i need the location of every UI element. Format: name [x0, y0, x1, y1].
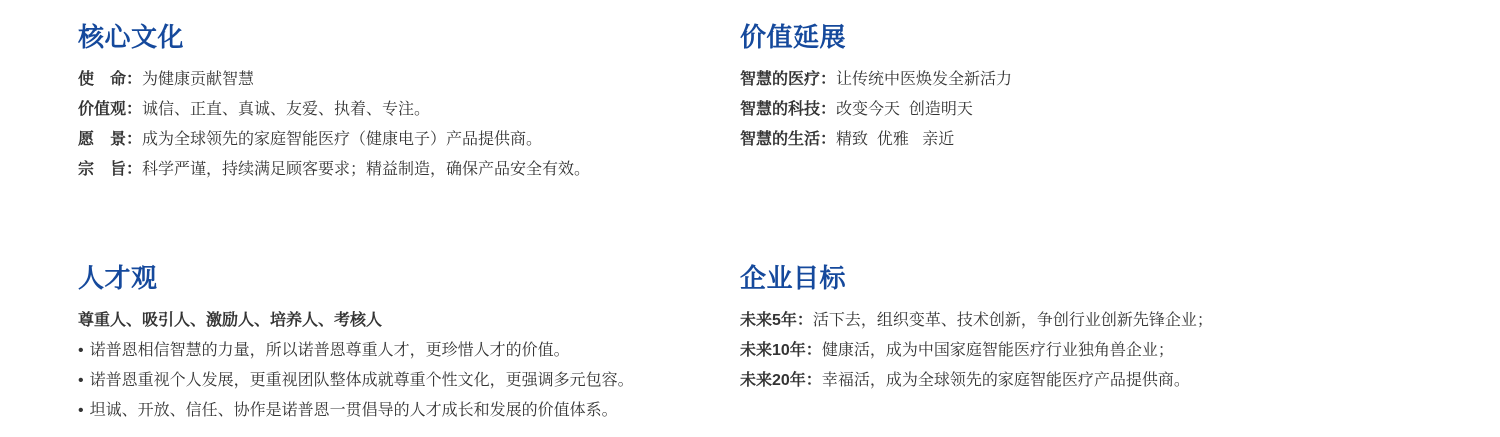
talent-bullet-2: •诺普恩重视个人发展，更重视团队整体成就尊重个性文化，更强调多元包容。 — [78, 366, 740, 396]
core-culture-tenet-line: 宗 旨：科学严谨，持续满足顾客要求；精益制造，确保产品安全有效。 — [78, 155, 740, 185]
smart-life-text: 精致 优雅 亲近 — [836, 131, 954, 148]
value-extension-title: 价值延展 — [740, 22, 1500, 52]
company-culture-page: 核心文化 使 命：为健康贡献智慧 价值观：诚信、正直、真诚、友爱、执着、专注。 … — [0, 0, 1500, 426]
core-culture-title: 核心文化 — [78, 22, 740, 52]
smart-medical-label: 智慧的医疗： — [740, 71, 836, 88]
bullet-icon: • — [78, 336, 84, 366]
talent-view-title: 人才观 — [78, 263, 740, 293]
smart-tech-text: 改变今天 创造明天 — [836, 101, 973, 118]
smart-tech-line: 智慧的科技：改变今天 创造明天 — [740, 95, 1500, 125]
talent-bullet-1: •诺普恩相信智慧的力量，所以诺普恩尊重人才，更珍惜人才的价值。 — [78, 336, 740, 366]
talent-view-headline: 尊重人、吸引人、激励人、培养人、考核人 — [78, 306, 740, 336]
talent-bullet-3: •坦诚、开放、信任、协作是诺普恩一贯倡导的人才成长和发展的价值体系。 — [78, 396, 740, 426]
section-value-extension: 价值延展 智慧的医疗：让传统中医焕发全新活力 智慧的科技：改变今天 创造明天 智… — [740, 22, 1500, 185]
enterprise-goals-title: 企业目标 — [740, 263, 1500, 293]
mission-text: 为健康贡献智慧 — [142, 71, 254, 88]
smart-medical-text: 让传统中医焕发全新活力 — [836, 71, 1012, 88]
goal-10year-text: 健康活，成为中国家庭智能医疗行业独角兽企业； — [822, 342, 1174, 359]
core-culture-vision-line: 愿 景：成为全球领先的家庭智能医疗（健康电子）产品提供商。 — [78, 125, 740, 155]
goal-20year-text: 幸福活，成为全球领先的家庭智能医疗产品提供商。 — [822, 372, 1190, 389]
section-core-culture: 核心文化 使 命：为健康贡献智慧 价值观：诚信、正直、真诚、友爱、执着、专注。 … — [78, 22, 740, 185]
talent-bullet-3-text: 坦诚、开放、信任、协作是诺普恩一贯倡导的人才成长和发展的价值体系。 — [90, 402, 618, 419]
core-culture-mission-line: 使 命：为健康贡献智慧 — [78, 65, 740, 95]
tenet-label: 宗 旨： — [78, 161, 142, 178]
talent-bullet-1-text: 诺普恩相信智慧的力量，所以诺普恩尊重人才，更珍惜人才的价值。 — [90, 342, 570, 359]
goal-20year-label: 未来20年： — [740, 372, 822, 389]
talent-bullet-2-text: 诺普恩重视个人发展，更重视团队整体成就尊重个性文化，更强调多元包容。 — [90, 372, 634, 389]
goal-5year-line: 未来5年：活下去，组织变革、技术创新，争创行业创新先锋企业； — [740, 306, 1500, 336]
values-text: 诚信、正直、真诚、友爱、执着、专注。 — [142, 101, 430, 118]
goal-10year-label: 未来10年： — [740, 342, 822, 359]
smart-medical-line: 智慧的医疗：让传统中医焕发全新活力 — [740, 65, 1500, 95]
goal-5year-label: 未来5年： — [740, 312, 813, 329]
smart-life-label: 智慧的生活： — [740, 131, 836, 148]
vision-label: 愿 景： — [78, 131, 142, 148]
mission-label: 使 命： — [78, 71, 142, 88]
smart-life-line: 智慧的生活：精致 优雅 亲近 — [740, 125, 1500, 155]
tenet-text: 科学严谨，持续满足顾客要求；精益制造，确保产品安全有效。 — [142, 161, 590, 178]
bullet-icon: • — [78, 366, 84, 396]
goal-5year-text: 活下去，组织变革、技术创新，争创行业创新先锋企业； — [813, 312, 1213, 329]
section-talent-view: 人才观 尊重人、吸引人、激励人、培养人、考核人 •诺普恩相信智慧的力量，所以诺普… — [78, 263, 740, 426]
section-enterprise-goals: 企业目标 未来5年：活下去，组织变革、技术创新，争创行业创新先锋企业； 未来10… — [740, 263, 1500, 426]
smart-tech-label: 智慧的科技： — [740, 101, 836, 118]
goal-20year-line: 未来20年：幸福活，成为全球领先的家庭智能医疗产品提供商。 — [740, 366, 1500, 396]
core-culture-values-line: 价值观：诚信、正直、真诚、友爱、执着、专注。 — [78, 95, 740, 125]
values-label: 价值观： — [78, 101, 142, 118]
goal-10year-line: 未来10年：健康活，成为中国家庭智能医疗行业独角兽企业； — [740, 336, 1500, 366]
vision-text: 成为全球领先的家庭智能医疗（健康电子）产品提供商。 — [142, 131, 542, 148]
bullet-icon: • — [78, 396, 84, 426]
